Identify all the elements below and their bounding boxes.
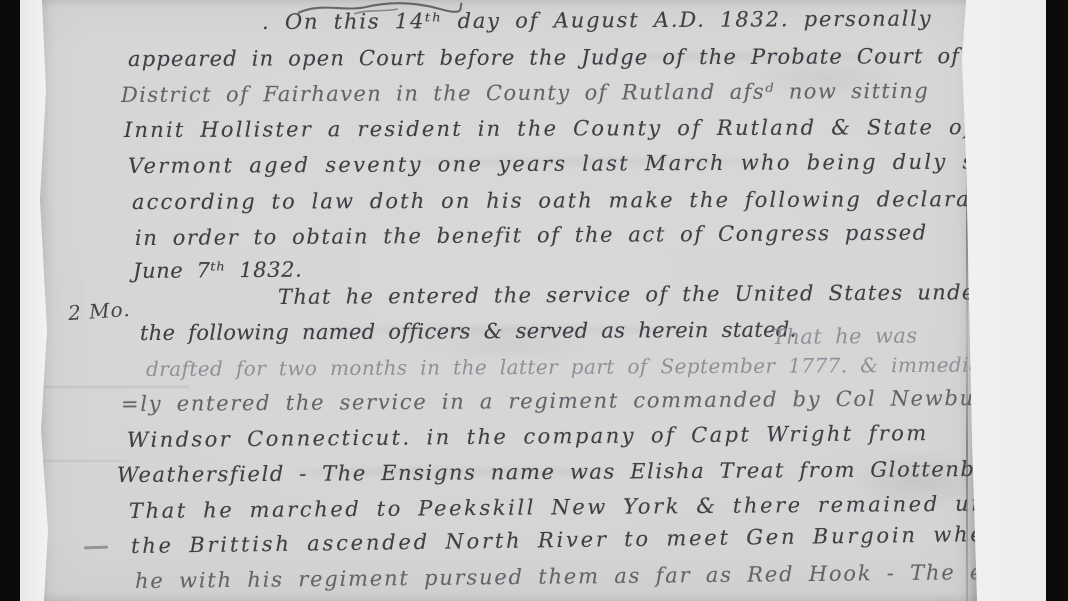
- ink-showthrough-smudge: [296, 468, 616, 476]
- manuscript-line: District of Fairhaven in the County of R…: [121, 79, 929, 107]
- manuscript-line: in order to obtain the benefit of the ac…: [135, 220, 928, 250]
- margin-note: 2 Mo.: [67, 297, 131, 325]
- manuscript-line: according to law doth on his oath make t…: [132, 187, 1021, 214]
- ink-showthrough-smudge: [306, 326, 686, 334]
- manuscript-line: drafted for two months in the latter par…: [146, 353, 1002, 381]
- manuscript-line: . On this 14ᵗʰ day of August A.D. 1832. …: [262, 6, 933, 34]
- fold-crease: [38, 460, 128, 462]
- fold-crease: [40, 386, 190, 388]
- manuscript-line: That he was: [772, 323, 918, 349]
- ink-dash-mark: [84, 546, 108, 549]
- ink-showthrough-smudge: [416, 158, 776, 165]
- manuscript-line: That he marched to Peekskill New York & …: [129, 491, 1017, 523]
- manuscript-line: That he entered the service of the Unite…: [278, 280, 987, 309]
- manuscript-line: June 7ᵗʰ 1832.: [133, 258, 303, 283]
- manuscript-line: Windsor Connecticut. in the company of C…: [127, 421, 929, 452]
- scanned-document: 2 Mo. . On this 14ᵗʰ day of August A.D. …: [0, 0, 1068, 601]
- manuscript-line: =ly entered the service in a regiment co…: [121, 386, 1038, 416]
- manuscript-line: the Brittish ascended North River to mee…: [131, 522, 1002, 558]
- manuscript-line: he with his regiment pursued them as far…: [135, 559, 1049, 593]
- manuscript-line: Innit Hollister a resident in the County…: [124, 115, 974, 142]
- manuscript-page: 2 Mo. . On this 14ᵗʰ day of August A.D. …: [36, 0, 978, 601]
- ink-showthrough-smudge: [596, 52, 896, 61]
